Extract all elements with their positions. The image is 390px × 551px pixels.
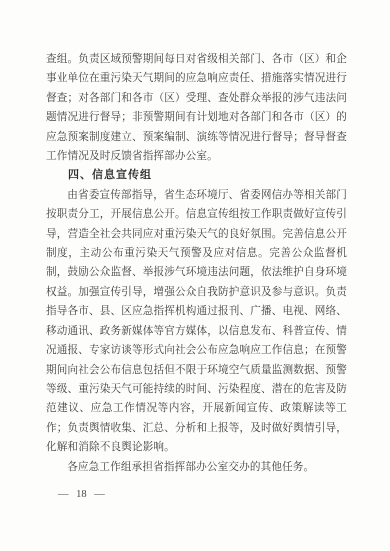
page-number: — 18 —: [58, 489, 105, 501]
document-page: 查组。负责区域预警期间每日对省级相关部门、各市（区）和企事业单位在重污染天气期间…: [0, 0, 390, 551]
document-content: 查组。负责区域预警期间每日对省级相关部门、各市（区）和企事业单位在重污染天气期间…: [46, 50, 347, 477]
paragraph-other-assigned-tasks: 各应急工作组承担省指挥部办公室交办的其他任务。: [46, 458, 347, 477]
paragraph-supervision-group-duties: 查组。负责区域预警期间每日对省级相关部门、各市（区）和企事业单位在重污染天气期间…: [46, 50, 347, 166]
section-heading-information-publicity-group: 四、信息宣传组: [46, 166, 347, 185]
paragraph-publicity-group-duties: 由省委宣传部指导，省生态环境厅、省委网信办等相关部门按职责分工，开展信息公开。信…: [46, 186, 347, 458]
